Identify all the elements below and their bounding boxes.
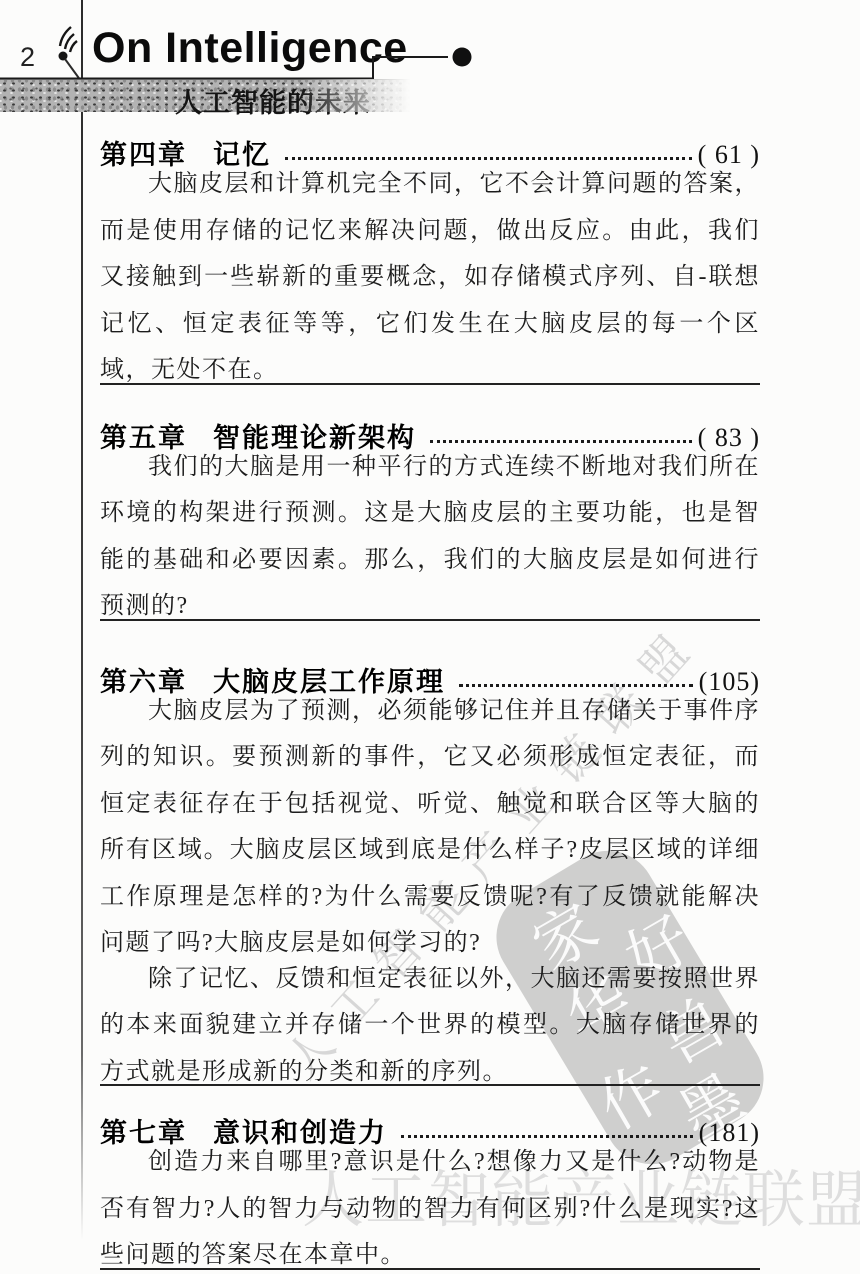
dot-leader (430, 440, 692, 443)
chapter-summary: 我们的大脑是用一种平行的方式连续不断地对我们所在环境的构架进行预测。这是大脑皮层… (100, 444, 760, 630)
dot-leader (459, 684, 693, 687)
page-header: 2 On Intelligence 人工智能的未来 (0, 0, 860, 130)
chapter-summary: 创造力来自哪里?意识是什么?想像力又是什么?动物是否有智力?人的智力与动物的智力… (100, 1139, 760, 1274)
dot-leader (401, 1135, 693, 1138)
chapter-summary: 大脑皮层为了预测，必须能够记住并且存储关于事件序列的知识。要预测新的事件，它又必… (100, 688, 760, 967)
left-margin-rule (81, 0, 83, 1240)
chapter-summary: 大脑皮层和计算机完全不同，它不会计算问题的答案，而是使用存储的记忆来解决问题，做… (100, 161, 760, 394)
bullet-dot (453, 48, 472, 67)
toc-content: 第四章 记忆 ( 61 ) 大脑皮层和计算机完全不同，它不会计算问题的答案，而是… (100, 0, 760, 1270)
chapter-summary: 除了记忆、反馈和恒定表征以外，大脑还需要按照世界的本来面貌建立并存储一个世界的模… (100, 956, 760, 1096)
subtitle-band: 人工智能的未来 (0, 79, 430, 112)
dot-leader (285, 157, 692, 160)
book-page: 人工智能产业链联盟 家 好 华 兽 作 墨 人工智能产业链联盟 2 On Int… (0, 0, 860, 1274)
section-divider (100, 619, 760, 621)
band-fade (300, 79, 430, 112)
